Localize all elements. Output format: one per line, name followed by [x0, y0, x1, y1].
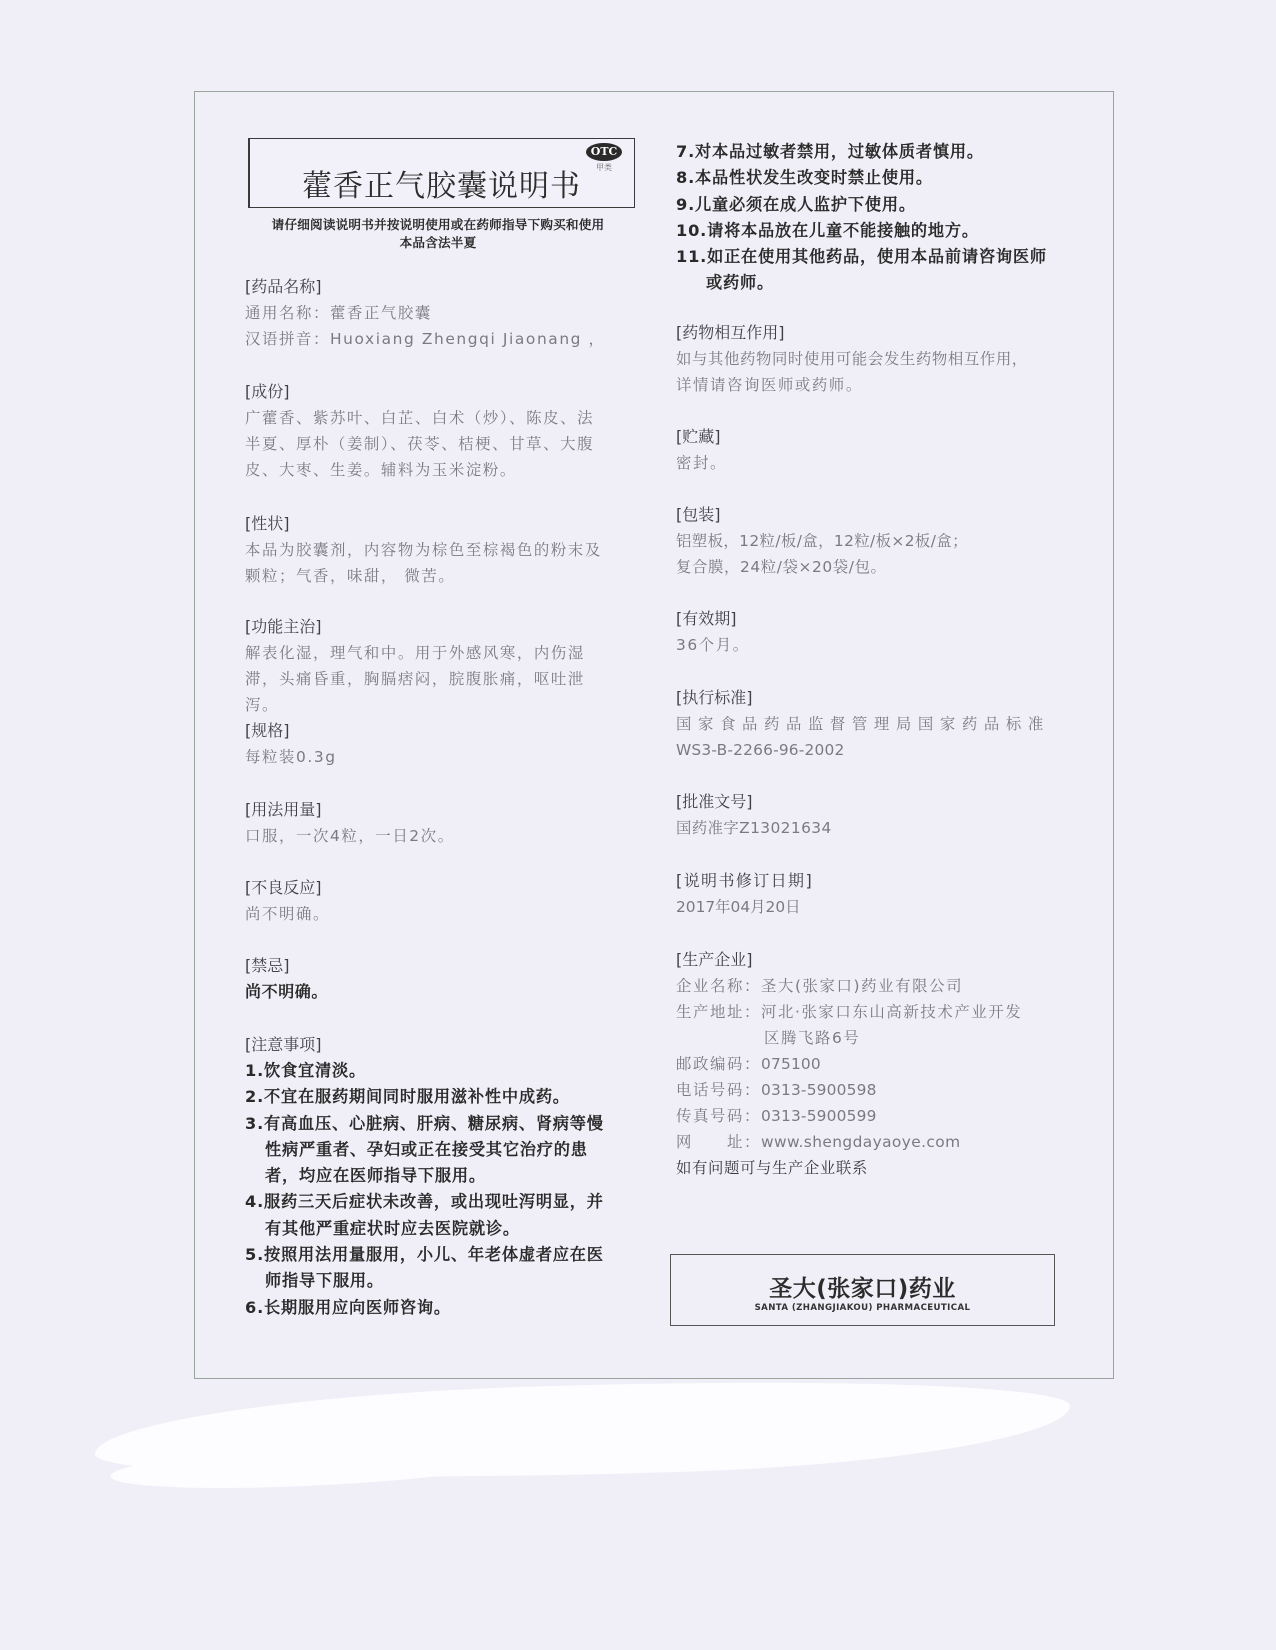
section-drug-name: [药品名称] 通用名称：藿香正气胶囊 汉语拼音：Huoxiang Zhengqi… — [245, 274, 606, 352]
item-number: 3. — [245, 1111, 264, 1137]
logo-chinese: 圣大(张家口)药业 — [671, 1270, 1054, 1303]
body-line: 颗粒；气香，味甜， 微苦。 — [245, 563, 602, 589]
body-line: 口服，一次4粒，一日2次。 — [245, 823, 455, 849]
item-text: 有高血压、心脏病、肝病、糖尿病、肾病等慢 — [264, 1114, 604, 1133]
body-line: 详情请咨询医师或药师。 — [676, 372, 1028, 398]
precaution-item: 9.儿童必须在成人监护下使用。 — [676, 192, 1047, 218]
otc-badge-icon: OTC — [586, 143, 622, 161]
item-number: 9. — [676, 192, 695, 218]
section-heading: [功能主治] — [245, 614, 585, 640]
contact-note: 如有问题可与生产企业联系 — [676, 1155, 1022, 1181]
section-revision-date: [说明书修订日期] 2017年04月20日 — [676, 868, 813, 920]
body-line: 复合膜，24粒/袋×20袋/包。 — [676, 554, 968, 580]
item-number: 5. — [245, 1242, 264, 1268]
section-heading: [生产企业] — [676, 947, 1022, 973]
body-line: 36个月。 — [676, 632, 750, 658]
section-heading: [不良反应] — [245, 875, 330, 901]
precaution-item: 4.服药三天后症状未改善，或出现吐泻明显，并 有其他严重症状时应去医院就诊。 — [245, 1189, 604, 1242]
precaution-item: 8.本品性状发生改变时禁止使用。 — [676, 165, 1047, 191]
section-standard: [执行标准] 国家食品药品监督管理局国家药品标准 WS3-B-2266-96-2… — [676, 685, 1050, 763]
section-heading: [批准文号] — [676, 789, 832, 815]
item-text: 如正在使用其他药品，使用本品前请咨询医师 — [707, 247, 1047, 266]
item-number: 8. — [676, 165, 695, 191]
otc-class-label: 甲类 — [586, 162, 622, 173]
section-heading: [禁忌] — [245, 953, 328, 979]
postal-code: 075100 — [761, 1055, 821, 1073]
precaution-item: 7.对本品过敏者禁用，过敏体质者慎用。 — [676, 139, 1047, 165]
section-validity: [有效期] 36个月。 — [676, 606, 750, 658]
precaution-item: 11.如正在使用其他药品，使用本品前请咨询医师 或药师。 — [676, 244, 1047, 297]
section-heading: [贮藏] — [676, 424, 727, 450]
company-name: 圣大(张家口)药业有限公司 — [761, 977, 963, 995]
item-text: 按照用法用量服用，小儿、年老体虚者应在医 — [264, 1245, 604, 1264]
phone-label: 电话号码： — [676, 1081, 761, 1099]
standard-code: WS3-B-2266-96-2002 — [676, 737, 1050, 763]
item-text: 有其他严重症状时应去医院就诊。 — [245, 1216, 604, 1242]
pinyin-name: 汉语拼音：Huoxiang Zhengqi Jiaonang ， — [245, 326, 606, 352]
body-line: 泻。 — [245, 692, 585, 718]
body-line: 尚不明确。 — [245, 901, 330, 927]
item-number: 7. — [676, 139, 695, 165]
logo-english: SANTA (ZHANGJIAKOU) PHARMACEUTICAL — [671, 1303, 1054, 1313]
title-box: 藿香正气胶囊说明书 OTC 甲类 — [248, 138, 635, 208]
item-text: 对本品过敏者禁用，过敏体质者慎用。 — [695, 142, 984, 161]
precaution-item: 1.饮食宜清淡。 — [245, 1058, 604, 1084]
document-title: 藿香正气胶囊说明书 — [302, 161, 581, 205]
section-heading: [包装] — [676, 502, 968, 528]
item-number: 1. — [245, 1058, 264, 1084]
section-heading: [执行标准] — [676, 685, 1050, 711]
section-heading: [说明书修订日期] — [676, 868, 813, 894]
body-line: 解表化湿，理气和中。用于外感风寒，内伤湿 — [245, 640, 585, 666]
body-line: 国家食品药品监督管理局国家药品标准 — [676, 711, 1050, 737]
item-text: 者，均应在医师指导下服用。 — [245, 1163, 604, 1189]
precaution-item: 5.按照用法用量服用，小儿、年老体虚者应在医 师指导下服用。 — [245, 1242, 604, 1295]
address-line-2: 区腾飞路6号 — [676, 1025, 1022, 1051]
item-text: 长期服用应向医师咨询。 — [264, 1298, 451, 1317]
body-line: 滞，头痛昏重，胸膈痞闷，脘腹胀痛，呕吐泄 — [245, 666, 585, 692]
section-precautions: [注意事项] 1.饮食宜清淡。 2.不宜在服药期间同时服用滋补性中成药。 3.有… — [245, 1032, 604, 1321]
section-adverse-reactions: [不良反应] 尚不明确。 — [245, 875, 330, 927]
item-text: 本品性状发生改变时禁止使用。 — [695, 168, 933, 187]
section-dosage: [用法用量] 口服，一次4粒，一日2次。 — [245, 797, 455, 849]
item-text: 儿童必须在成人监护下使用。 — [695, 195, 916, 214]
item-number: 11. — [676, 244, 707, 270]
body-line: 广藿香、紫苏叶、白芷、白术（炒）、陈皮、法 — [245, 405, 594, 431]
approval-number: 国药准字Z13021634 — [676, 815, 832, 841]
precaution-item: 6.长期服用应向医师咨询。 — [245, 1295, 604, 1321]
item-text: 性病严重者、孕妇或正在接受其它治疗的患 — [245, 1137, 604, 1163]
precaution-item: 10.请将本品放在儿童不能接触的地方。 — [676, 218, 1047, 244]
company-name-label: 企业名称： — [676, 977, 761, 995]
body-line: 铝塑板，12粒/板/盒，12粒/板×2板/盒； — [676, 528, 968, 554]
item-text: 或药师。 — [676, 270, 1047, 296]
section-packaging: [包装] 铝塑板，12粒/板/盒，12粒/板×2板/盒； 复合膜，24粒/袋×2… — [676, 502, 968, 580]
section-ingredients: [成份] 广藿香、紫苏叶、白芷、白术（炒）、陈皮、法 半夏、厚朴（姜制）、茯苓、… — [245, 379, 594, 483]
item-text: 服药三天后症状未改善，或出现吐泻明显，并 — [264, 1192, 604, 1211]
section-storage: [贮藏] 密封。 — [676, 424, 727, 476]
section-heading: [规格] — [245, 718, 337, 744]
section-heading: [药品名称] — [245, 274, 606, 300]
fax-label: 传真号码： — [676, 1107, 761, 1125]
item-number: 6. — [245, 1295, 264, 1321]
phone-number: 0313-5900598 — [761, 1081, 877, 1099]
item-text: 请将本品放在儿童不能接触的地方。 — [707, 221, 979, 240]
section-heading: [药物相互作用] — [676, 320, 1028, 346]
warning-line-1: 请仔细阅读说明书并按说明使用或在药师指导下购买和使用 — [238, 214, 638, 233]
item-text: 饮食宜清淡。 — [264, 1061, 366, 1080]
body-line: 本品为胶囊剂，内容物为棕色至棕褐色的粉末及 — [245, 537, 602, 563]
section-heading: [用法用量] — [245, 797, 455, 823]
postal-label: 邮政编码： — [676, 1055, 761, 1073]
item-number: 2. — [245, 1084, 264, 1110]
section-heading: [性状] — [245, 511, 602, 537]
section-manufacturer: [生产企业] 企业名称：圣大(张家口)药业有限公司 生产地址：河北·张家口东山高… — [676, 947, 1022, 1181]
address-label: 生产地址： — [676, 1003, 761, 1021]
precautions-continued: 7.对本品过敏者禁用，过敏体质者慎用。 8.本品性状发生改变时禁止使用。 9.儿… — [676, 139, 1047, 297]
body-line: 每粒装0.3g — [245, 744, 337, 770]
body-line: 如与其他药物同时使用可能会发生药物相互作用， — [676, 346, 1028, 372]
company-logo: 圣大(张家口)药业 SANTA (ZHANGJIAKOU) PHARMACEUT… — [670, 1254, 1055, 1326]
section-indications: [功能主治] 解表化湿，理气和中。用于外感风寒，内伤湿 滞，头痛昏重，胸膈痞闷，… — [245, 614, 585, 718]
section-approval: [批准文号] 国药准字Z13021634 — [676, 789, 832, 841]
section-heading: [注意事项] — [245, 1032, 604, 1058]
precaution-item: 3.有高血压、心脏病、肝病、糖尿病、肾病等慢 性病严重者、孕妇或正在接受其它治疗… — [245, 1111, 604, 1190]
item-text: 师指导下服用。 — [245, 1268, 604, 1294]
warning-line-2: 本品含法半夏 — [238, 232, 638, 251]
section-heading: [有效期] — [676, 606, 750, 632]
body-line: 皮、大枣、生姜。辅料为玉米淀粉。 — [245, 457, 594, 483]
generic-name: 通用名称：藿香正气胶囊 — [245, 300, 606, 326]
revision-date: 2017年04月20日 — [676, 894, 813, 920]
section-description: [性状] 本品为胶囊剂，内容物为棕色至棕褐色的粉末及 颗粒；气香，味甜， 微苦。 — [245, 511, 602, 589]
address-line-1: 河北·张家口东山高新技术产业开发 — [761, 1003, 1022, 1021]
section-heading: [成份] — [245, 379, 594, 405]
fax-number: 0313-5900599 — [761, 1107, 877, 1125]
item-number: 10. — [676, 218, 707, 244]
website-label: 网 址： — [676, 1133, 761, 1151]
section-contraindications: [禁忌] 尚不明确。 — [245, 953, 328, 1005]
otc-mark: OTC 甲类 — [586, 143, 622, 173]
section-specification: [规格] 每粒装0.3g — [245, 718, 337, 770]
body-line: 半夏、厚朴（姜制）、茯苓、桔梗、甘草、大腹 — [245, 431, 594, 457]
body-line: 密封。 — [676, 450, 727, 476]
item-text: 不宜在服药期间同时服用滋补性中成药。 — [264, 1087, 570, 1106]
precaution-item: 2.不宜在服药期间同时服用滋补性中成药。 — [245, 1084, 604, 1110]
item-number: 4. — [245, 1189, 264, 1215]
body-line: 尚不明确。 — [245, 979, 328, 1005]
section-interactions: [药物相互作用] 如与其他药物同时使用可能会发生药物相互作用， 详情请咨询医师或… — [676, 320, 1028, 398]
website-link[interactable]: www.shengdayaoye.com — [761, 1133, 961, 1151]
